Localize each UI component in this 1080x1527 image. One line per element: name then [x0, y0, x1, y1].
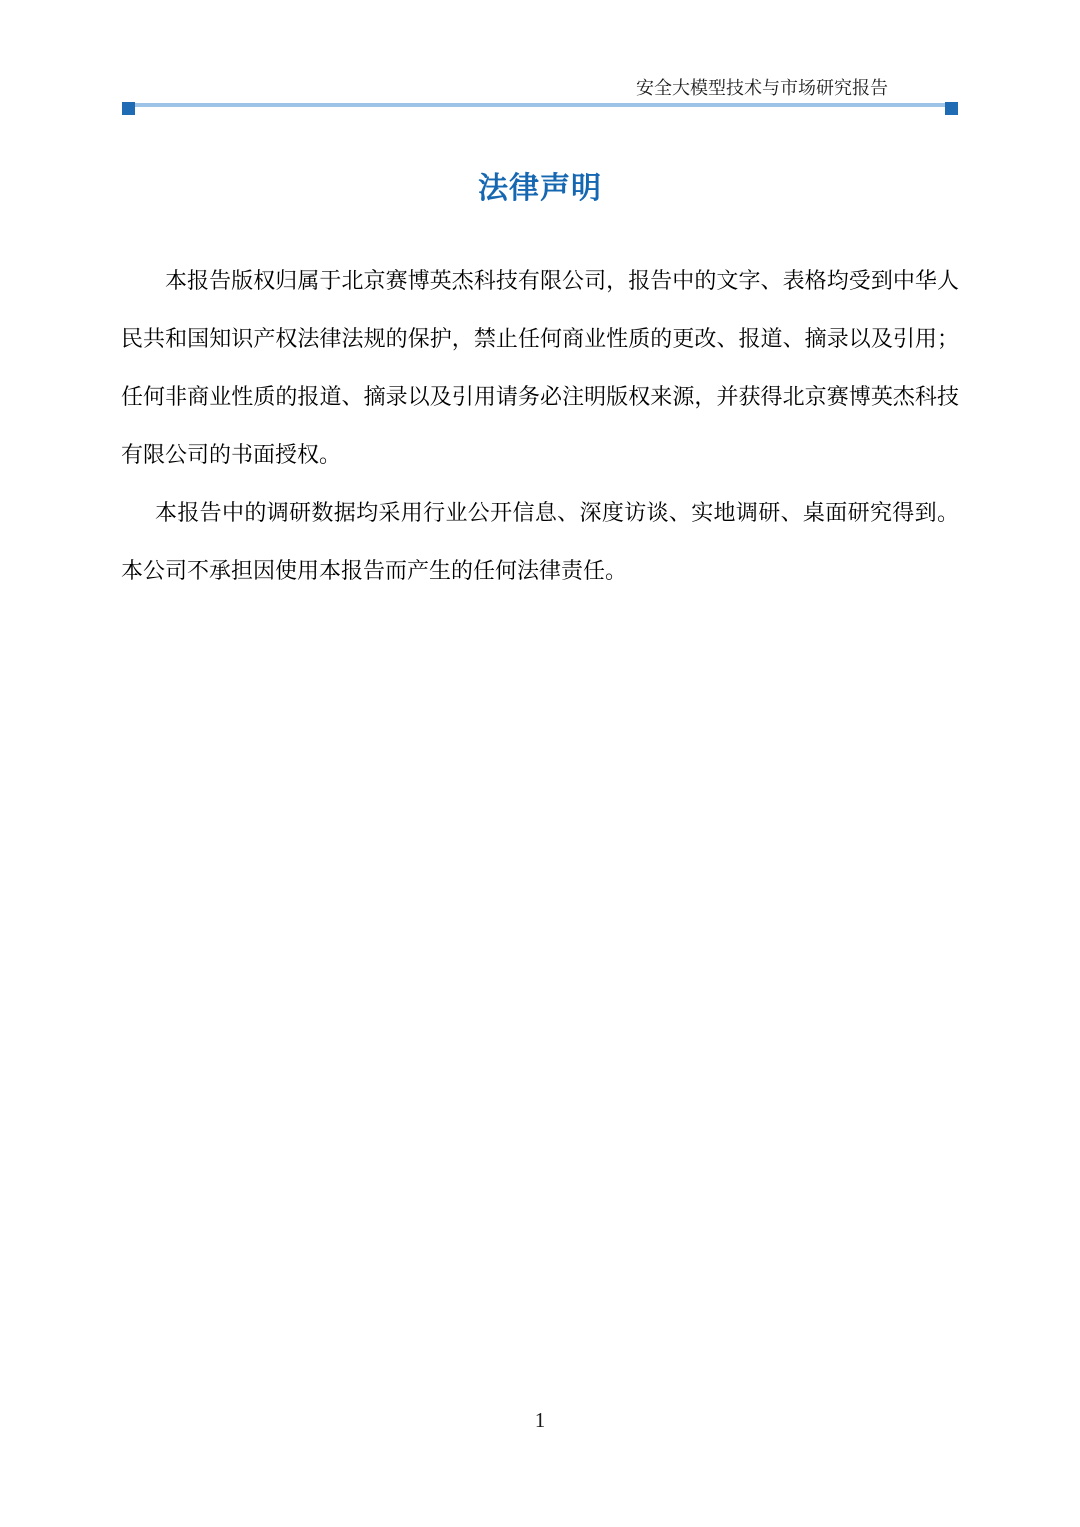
header-rule-right-square	[945, 102, 958, 115]
legal-paragraph-disclaimer: 本报告中的调研数据均采用行业公开信息、深度访谈、实地调研、桌面研究得到。本公司不…	[121, 484, 959, 600]
document-body: 本报告版权归属于北京赛博英杰科技有限公司，报告中的文字、表格均受到中华人民共和国…	[121, 252, 959, 600]
page-title: 法律声明	[0, 170, 1080, 207]
header-rule-line	[122, 103, 958, 107]
legal-paragraph-copyright: 本报告版权归属于北京赛博英杰科技有限公司，报告中的文字、表格均受到中华人民共和国…	[121, 252, 959, 484]
header-rule-left-square	[122, 102, 135, 115]
page-number: 1	[535, 1408, 546, 1432]
header-rule	[122, 102, 958, 115]
document-page: 安全大模型技术与市场研究报告 法律声明 本报告版权归属于北京赛博英杰科技有限公司…	[0, 0, 1080, 1527]
page-footer: 1	[0, 1406, 1080, 1434]
header-title: 安全大模型技术与市场研究报告	[122, 76, 958, 100]
page-header: 安全大模型技术与市场研究报告	[0, 76, 1080, 115]
